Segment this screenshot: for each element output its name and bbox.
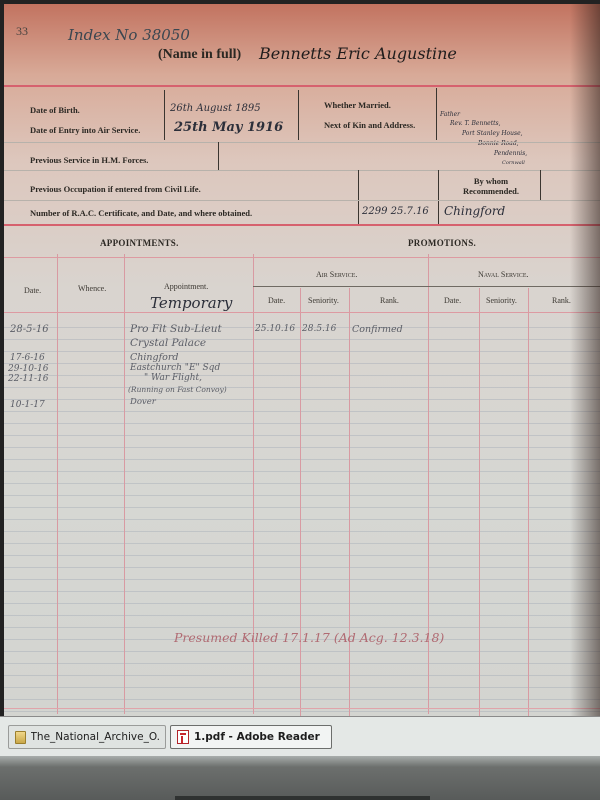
entry-date-value: 25th May 1916 xyxy=(174,120,283,135)
column-divider xyxy=(428,254,429,714)
dob-label: Date of Birth. xyxy=(30,105,80,115)
bottom-rule xyxy=(4,708,600,709)
divider xyxy=(4,142,600,143)
col-header-whence: Whence. xyxy=(78,284,106,293)
pdf-icon xyxy=(177,730,189,744)
column-divider xyxy=(528,288,529,716)
married-label: Whether Married. xyxy=(324,100,391,110)
next-of-kin-line: Port Stanley House, xyxy=(462,130,523,137)
next-of-kin-line: Father xyxy=(440,111,460,118)
column-divider xyxy=(57,254,58,714)
divider xyxy=(436,88,437,140)
name-label: (Name in full) xyxy=(158,47,241,63)
index-number: Index No 38050 xyxy=(68,26,190,44)
taskbar-item-label: The_National_Archive_O... xyxy=(31,731,160,743)
appointment-temporary: Temporary xyxy=(150,294,232,312)
divider xyxy=(218,142,219,170)
previous-occupation-label: Previous Occupation if entered from Civi… xyxy=(30,184,201,194)
next-of-kin-line: Pendennis, xyxy=(494,150,527,157)
divider xyxy=(164,90,165,140)
rac-value: 2299 25.7.16 xyxy=(362,206,429,217)
remark-presumed-killed: Presumed Killed 17.1.17 (Ad Acg. 12.3.18… xyxy=(174,630,444,645)
next-of-kin-label: Next of Kin and Address. xyxy=(324,120,415,130)
col-header-air-rank: Rank. xyxy=(380,296,399,305)
divider xyxy=(540,170,541,200)
divider xyxy=(4,200,600,201)
entry-appointment: Eastchurch "E" Sqd xyxy=(130,363,220,373)
entry-appointment: " War Flight, xyxy=(144,373,202,383)
entry-date: 17-6-16 xyxy=(10,353,45,363)
red-rule xyxy=(4,224,600,226)
taskbar: The_National_Archive_O... 1.pdf - Adobe … xyxy=(0,716,600,756)
entry-appointment: (Running on Fast Convoy) xyxy=(128,385,227,394)
dob-value: 26th August 1895 xyxy=(170,103,261,114)
taskbar-item-adobe-reader[interactable]: 1.pdf - Adobe Reader xyxy=(170,725,332,749)
column-divider xyxy=(479,288,480,716)
monitor-bezel xyxy=(0,756,600,800)
ledger-ruled-area xyxy=(4,316,600,716)
divider xyxy=(253,286,600,287)
col-header-naval-date: Date. xyxy=(444,296,461,305)
divider xyxy=(298,90,299,140)
next-of-kin-line: Cornwall xyxy=(502,160,525,166)
entry-date: 28-5-16 xyxy=(10,324,49,335)
taskbar-item-national-archive[interactable]: The_National_Archive_O... xyxy=(8,725,166,749)
col-header-naval-rank: Rank. xyxy=(552,296,571,305)
column-divider xyxy=(253,254,254,714)
folder-icon xyxy=(15,731,26,744)
name-value: Bennetts Eric Augustine xyxy=(259,44,457,63)
column-divider xyxy=(124,254,125,714)
entry-appointment: Crystal Palace xyxy=(130,337,206,349)
pdf-document-page[interactable]: 33 Index No 38050 (Name in full) Bennett… xyxy=(4,4,600,716)
air-service-title: Air Service. xyxy=(316,270,357,279)
recommended-label: By whom Recommended. xyxy=(456,176,526,196)
divider xyxy=(4,257,600,258)
column-divider xyxy=(349,288,350,716)
taskbar-item-label: 1.pdf - Adobe Reader xyxy=(194,731,320,743)
next-of-kin-line: Rev. T. Bennetts, xyxy=(450,120,501,127)
rac-label: Number of R.A.C. Certificate, and Date, … xyxy=(30,208,252,218)
divider xyxy=(4,312,600,313)
promotions-title: PROMOTIONS. xyxy=(408,238,476,248)
entry-appointment: Dover xyxy=(130,397,156,407)
entry-date-label: Date of Entry into Air Service. xyxy=(30,125,140,135)
red-rule xyxy=(4,85,600,87)
divider xyxy=(358,170,359,226)
entry-appointment: Pro Flt Sub-Lieut xyxy=(130,323,222,335)
col-header-date: Date. xyxy=(24,286,41,295)
col-header-appointment: Appointment. xyxy=(164,282,208,291)
entry-date: 29-10-16 xyxy=(8,364,48,374)
previous-service-label: Previous Service in H.M. Forces. xyxy=(30,155,148,165)
page-number: 33 xyxy=(16,24,28,39)
entry-date: 22-11-16 xyxy=(8,374,48,384)
naval-service-title: Naval Service. xyxy=(478,270,529,279)
entry-air-rank: Confirmed xyxy=(352,324,403,335)
entry-air-date: 25.10.16 xyxy=(255,324,295,334)
column-divider xyxy=(300,288,301,716)
entry-appointment: Chingford xyxy=(130,352,178,363)
divider xyxy=(4,170,600,171)
rac-place: Chingford xyxy=(444,204,505,218)
entry-air-seniority: 28.5.16 xyxy=(302,324,336,334)
monitor-bezel-slot xyxy=(175,796,430,800)
appointments-title: APPOINTMENTS. xyxy=(100,238,179,248)
divider xyxy=(438,170,439,226)
col-header-naval-seniority: Seniority. xyxy=(486,296,517,305)
monitor-screen: 33 Index No 38050 (Name in full) Bennett… xyxy=(0,0,600,800)
col-header-air-date: Date. xyxy=(268,296,285,305)
entry-date: 10-1-17 xyxy=(10,400,45,410)
col-header-air-seniority: Seniority. xyxy=(308,296,339,305)
